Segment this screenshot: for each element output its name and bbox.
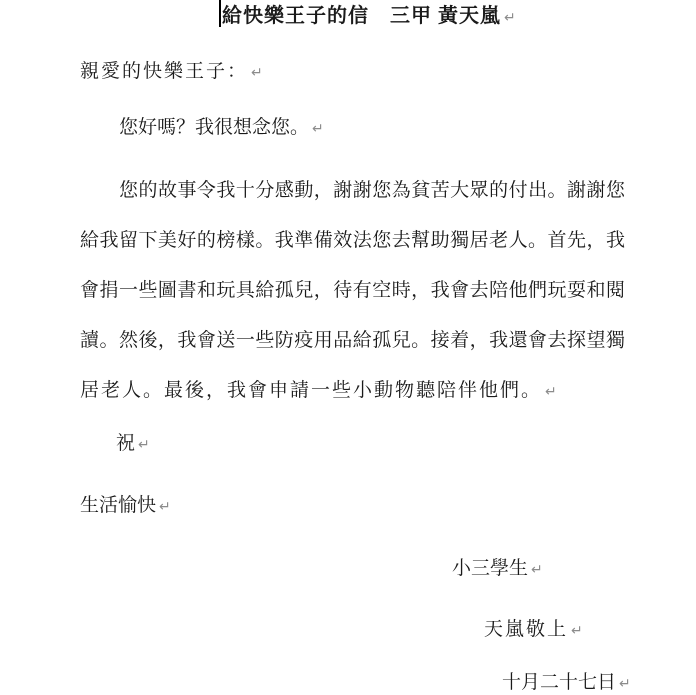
wish-label-line[interactable]: 祝↵ (116, 432, 150, 457)
date-text: 十月二十七日 (502, 672, 616, 693)
paragraph-mark-icon: ↵ (571, 623, 583, 639)
paragraph-mark-icon: ↵ (312, 121, 324, 137)
body-line-2[interactable]: 給我留下美好的榜樣。我準備效法您去幫助獨居老人。首先，我 (80, 229, 625, 253)
text-cursor (219, 0, 221, 27)
title-text: 給快樂王子的信 三甲 黃天嵐 (222, 5, 501, 27)
paragraph-mark-icon: ↵ (504, 10, 516, 26)
paragraph-mark-icon: ↵ (545, 384, 557, 400)
document-page[interactable]: 給快樂王子的信 三甲 黃天嵐↵ 親愛的快樂王子：↵ 您好嗎？我很想念您。↵ 您的… (0, 0, 696, 695)
body-line-4[interactable]: 讀。然後，我會送一些防疫用品給孤兒。接着，我還會去探望獨 (80, 329, 625, 353)
body-text-1: 您的故事令我十分感動，謝謝您為貧苦大眾的付出。謝謝您 (119, 180, 625, 201)
signature-name-text: 天嵐敬上 (484, 619, 568, 640)
body-line-3[interactable]: 會捐一些圖書和玩具給孤兒，待有空時，我會去陪他們玩耍和閱 (80, 279, 625, 303)
document-title[interactable]: 給快樂王子的信 三甲 黃天嵐↵ (222, 4, 516, 30)
paragraph-mark-icon: ↵ (159, 499, 171, 515)
signature-role-line[interactable]: 小三學生↵ (452, 557, 543, 582)
greeting-text: 您好嗎？我很想念您。 (119, 117, 309, 138)
body-text-2: 給我留下美好的榜樣。我準備效法您去幫助獨居老人。首先，我 (80, 230, 625, 251)
wish-text: 生活愉快 (80, 495, 156, 516)
body-text-4: 讀。然後，我會送一些防疫用品給孤兒。接着，我還會去探望獨 (80, 330, 625, 351)
paragraph-mark-icon: ↵ (619, 676, 631, 692)
body-text-3: 會捐一些圖書和玩具給孤兒，待有空時，我會去陪他們玩耍和閱 (80, 280, 625, 301)
wish-line[interactable]: 生活愉快↵ (80, 494, 171, 519)
body-text-5: 居老人。最後，我會申請一些小動物聽陪伴他們。 (80, 380, 542, 401)
signature-name-line[interactable]: 天嵐敬上↵ (484, 618, 583, 643)
salutation-line[interactable]: 親愛的快樂王子：↵ (80, 60, 263, 85)
date-line[interactable]: 十月二十七日↵ (502, 671, 631, 695)
salutation-text: 親愛的快樂王子： (80, 61, 248, 82)
greeting-line[interactable]: 您好嗎？我很想念您。↵ (119, 116, 324, 141)
body-line-5[interactable]: 居老人。最後，我會申請一些小動物聽陪伴他們。↵ (80, 379, 557, 404)
wish-label-text: 祝 (116, 433, 135, 454)
signature-role-text: 小三學生 (452, 558, 528, 579)
paragraph-mark-icon: ↵ (138, 437, 150, 453)
paragraph-mark-icon: ↵ (251, 65, 263, 81)
paragraph-mark-icon: ↵ (531, 562, 543, 578)
body-line-1[interactable]: 您的故事令我十分感動，謝謝您為貧苦大眾的付出。謝謝您 (119, 179, 625, 203)
